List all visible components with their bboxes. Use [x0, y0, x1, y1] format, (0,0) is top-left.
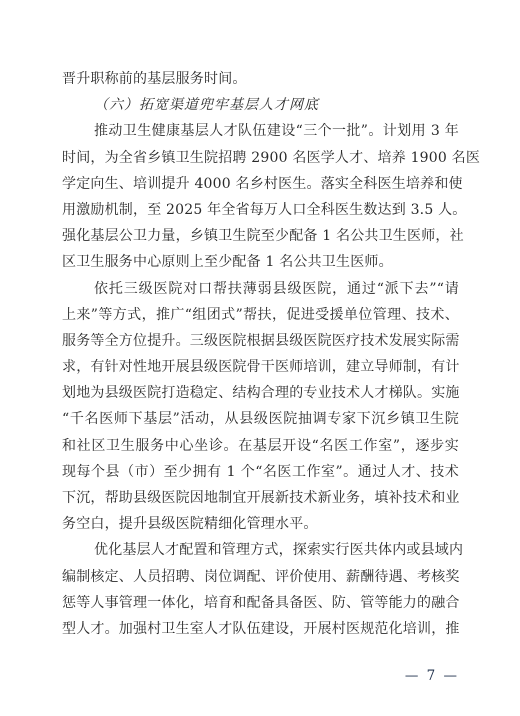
document-body: 晋升职称前的基层服务时间。 （六）拓宽渠道兜牢基层人才网底 推动卫生健康基层人才…	[62, 66, 459, 684]
text-line: 编制核定、人员招聘、岗位调配、评价使用、薪酬待遇、考核奖	[62, 564, 459, 590]
text-line: 强化基层公卫力量，乡镇卫生院至少配备 1 名公共卫生医师，社	[62, 223, 459, 249]
text-line: 求，有针对性地开展县级医院骨干医师培训，建立导师制，有计	[62, 354, 459, 380]
text-line: 时间，为全省乡镇卫生院招聘 2900 名医学人才、培养 1900 名医	[62, 145, 459, 171]
text-line: 区卫生服务中心原则上至少配备 1 名公共卫生医师。	[62, 249, 459, 275]
text-line: 划地为县级医院打造稳定、结构合理的专业技术人才梯队。实施	[62, 380, 459, 406]
text-line: “千名医师下基层”活动，从县级医院抽调专家下沉乡镇卫生院	[62, 406, 459, 432]
text-line: 和社区卫生服务中心坐诊。在基层开设“名医工作室”，逐步实	[62, 433, 459, 459]
section-heading: （六）拓宽渠道兜牢基层人才网底	[62, 92, 459, 118]
text-line: 型人才。加强村卫生室人才队伍建设，开展村医规范化培训，推	[62, 616, 459, 642]
text-line: 服务等全方位提升。三级医院根据县级医院医疗技术发展实际需	[62, 328, 459, 354]
text-line: 推动卫生健康基层人才队伍建设“三个一批”。计划用 3 年	[62, 118, 459, 144]
text-line: 务空白，提升县级医院精细化管理水平。	[62, 511, 459, 537]
text-line: 上来”等方式，推广“组团式”帮扶，促进受援单位管理、技术、	[62, 302, 459, 328]
text-line: 晋升职称前的基层服务时间。	[62, 66, 459, 92]
document-page: { "page": { "background": "#ffffff", "te…	[0, 0, 520, 716]
text-line: 优化基层人才配置和管理方式，探索实行医共体内或县域内	[62, 537, 459, 563]
text-line: 惩等人事管理一体化，培育和配备具备医、防、管等能力的融合	[62, 590, 459, 616]
page-number: — 7 —	[62, 668, 459, 684]
text-line: 依托三级医院对口帮扶薄弱县级医院，通过“派下去”“请	[62, 276, 459, 302]
text-line: 现每个县（市）至少拥有 1 个“名医工作室”。通过人才、技术	[62, 459, 459, 485]
text-line: 下沉，帮助县级医院因地制宜开展新技术新业务，填补技术和业	[62, 485, 459, 511]
text-line: 学定向生、培训提升 4000 名乡村医生。落实全科医生培养和使	[62, 171, 459, 197]
text-line: 用激励机制，至 2025 年全省每万人口全科医生数达到 3.5 人。	[62, 197, 459, 223]
